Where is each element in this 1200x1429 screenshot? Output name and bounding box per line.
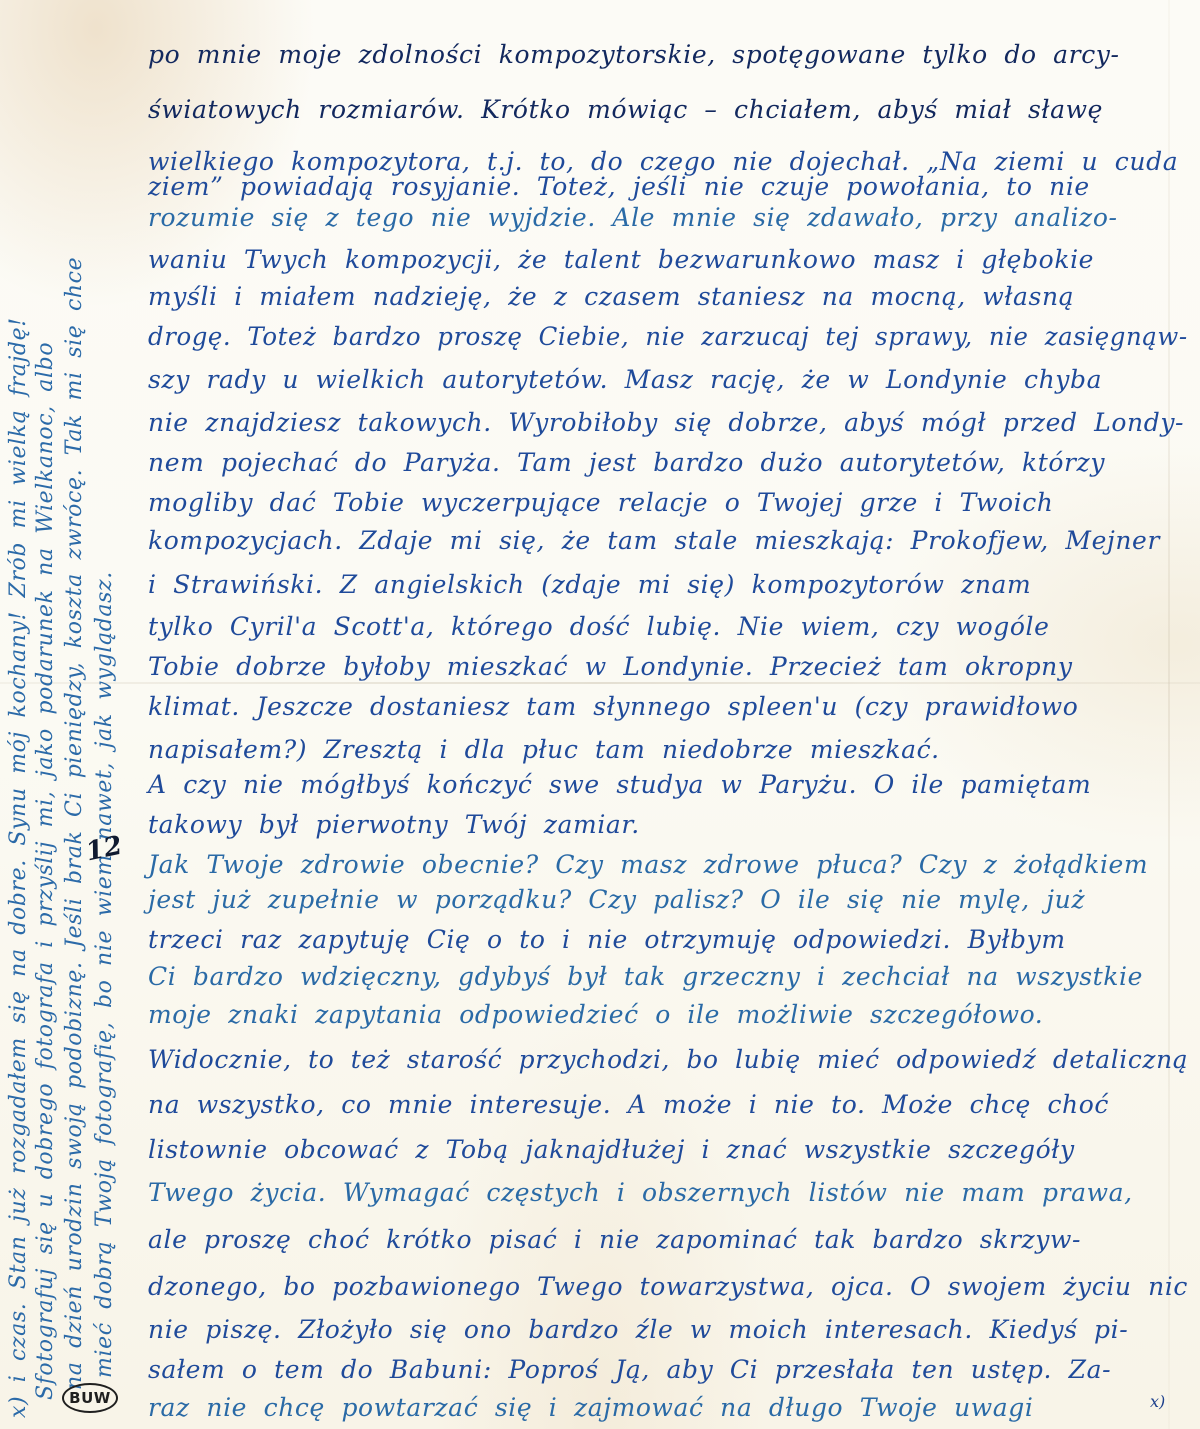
paper-fold-line xyxy=(0,682,1200,684)
letter-line: listownie obcować z Tobą jaknajdłużej i … xyxy=(148,1135,1188,1164)
letter-line: dzonego, bo pozbawionego Twego towarzyst… xyxy=(148,1272,1187,1301)
letter-line: nie znajdziesz takowych. Wyrobiłoby się … xyxy=(148,408,1188,437)
letter-line: waniu Twych kompozycji, że talent bezwar… xyxy=(148,245,1188,274)
letter-line: mogliby dać Tobie wyczerpujące relacje o… xyxy=(148,488,1188,517)
letter-line: rozumie się z tego nie wyjdzie. Ale mnie… xyxy=(148,203,1188,232)
letter-line: tylko Cyril'a Scott'a, którego dość lubi… xyxy=(148,612,1188,641)
letter-line: Twego życia. Wymagać częstych i obszerny… xyxy=(148,1178,1188,1207)
letter-line: nie piszę. Złożyło się ono bardzo źle w … xyxy=(148,1315,1188,1344)
letter-line: Widocznie, to też starość przychodzi, bo… xyxy=(148,1045,1183,1074)
archive-stamp: BUW xyxy=(62,1383,118,1413)
letter-line: trzeci raz zapytuję Cię o to i nie otrzy… xyxy=(148,925,1188,954)
letter-line: kompozycjach. Zdaje mi się, że tam stale… xyxy=(148,526,1188,555)
letter-line: napisałem?) Zresztą i dla płuc tam niedo… xyxy=(148,735,1188,764)
letter-line: Ci bardzo wdzięczny, gdybyś był tak grze… xyxy=(148,962,1188,991)
letter-line: raz nie chcę powtarzać się i zajmować na… xyxy=(148,1393,1188,1422)
letter-line: nem pojechać do Paryża. Tam jest bardzo … xyxy=(148,448,1188,477)
letter-line: szy rady u wielkich autorytetów. Masz ra… xyxy=(148,365,1188,394)
letter-line: sałem o tem do Babuni: Poproś Ją, aby Ci… xyxy=(148,1355,1188,1384)
letter-line: po mnie moje zdolności kompozytorskie, s… xyxy=(148,40,1188,69)
letter-line: A czy nie mógłbyś kończyć swe studya w P… xyxy=(148,770,1188,799)
letter-line: moje znaki zapytania odpowiedzieć o ile … xyxy=(148,1000,1188,1029)
letter-line: światowych rozmiarów. Krótko mówiąc – ch… xyxy=(148,95,1188,124)
margin-note-column: Sfotografuj się u dobrego fotografa i pr… xyxy=(33,342,58,1400)
letter-line: i Strawiński. Z angielskich (zdaje mi si… xyxy=(148,570,1188,599)
letter-line: jest już zupełnie w porządku? Czy palisz… xyxy=(148,885,1188,914)
letter-line: myśli i miałem nadzieję, że z czasem sta… xyxy=(148,282,1188,311)
letter-line: klimat. Jeszcze dostaniesz tam słynnego … xyxy=(148,692,1188,721)
margin-note-column: x) i czas. Stan już rozgadałem się na do… xyxy=(6,317,31,1418)
letter-line: drogę. Toteż bardzo proszę Ciebie, nie z… xyxy=(148,322,1163,351)
letter-line: ziem” powiadają rosyjanie. Toteż, jeśli … xyxy=(148,172,1188,201)
letter-line: ale proszę choć krótko pisać i nie zapom… xyxy=(148,1225,1188,1254)
letter-line: Jak Twoje zdrowie obecnie? Czy masz zdro… xyxy=(148,850,1188,879)
footnote-marker: x) xyxy=(1150,1392,1165,1411)
letter-line: na wszystko, co mnie interesuje. A może … xyxy=(148,1090,1188,1119)
letter-line: takowy był pierwotny Twój zamiar. xyxy=(148,810,1188,839)
margin-note-column: na dzień urodzin swoją podobiznę. Jeśli … xyxy=(62,257,87,1390)
letter-line: Tobie dobrze byłoby mieszkać w Londynie.… xyxy=(148,652,1188,681)
margin-note-column: mieć dobrą Twoją fotografię, bo nie wiem… xyxy=(92,571,117,1378)
